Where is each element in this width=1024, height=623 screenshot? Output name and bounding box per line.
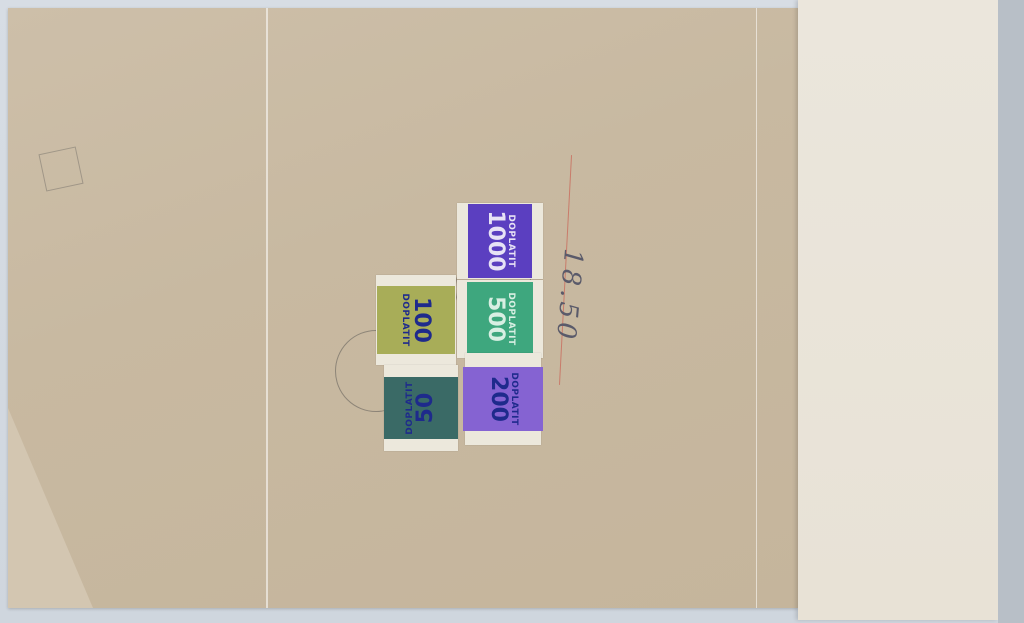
- stamp-face: DOPLATIT 50: [384, 377, 458, 439]
- stamp-value: 50: [415, 393, 437, 424]
- stamp-face: DOPLATIT 1000: [468, 204, 532, 278]
- stamp-50: DOPLATIT 50: [384, 365, 458, 451]
- stamp-label: DOPLATIT: [400, 293, 410, 346]
- stamp-100: 100 DOPLATIT: [376, 275, 456, 365]
- background-edge: [998, 0, 1024, 623]
- stamp-face: DOPLATIT 200: [463, 367, 543, 431]
- stamp-value: 200: [487, 376, 509, 422]
- document-flap: [798, 0, 998, 620]
- handstamp-mark: [38, 146, 83, 191]
- stamp-200: DOPLATIT 200: [465, 353, 541, 445]
- stamp-value: 500: [484, 296, 506, 342]
- stamp-1000: DOPLATIT 1000: [457, 203, 543, 279]
- folded-corner: [8, 408, 93, 608]
- fold-line: [756, 8, 757, 608]
- fold-line: [266, 8, 268, 608]
- stamp-500: DOPLATIT 500: [457, 280, 543, 358]
- stamp-face: DOPLATIT 500: [467, 282, 533, 356]
- stamp-value: 100: [410, 297, 432, 343]
- stamp-value: 1000: [484, 210, 506, 271]
- stamp-face: 100 DOPLATIT: [377, 286, 455, 354]
